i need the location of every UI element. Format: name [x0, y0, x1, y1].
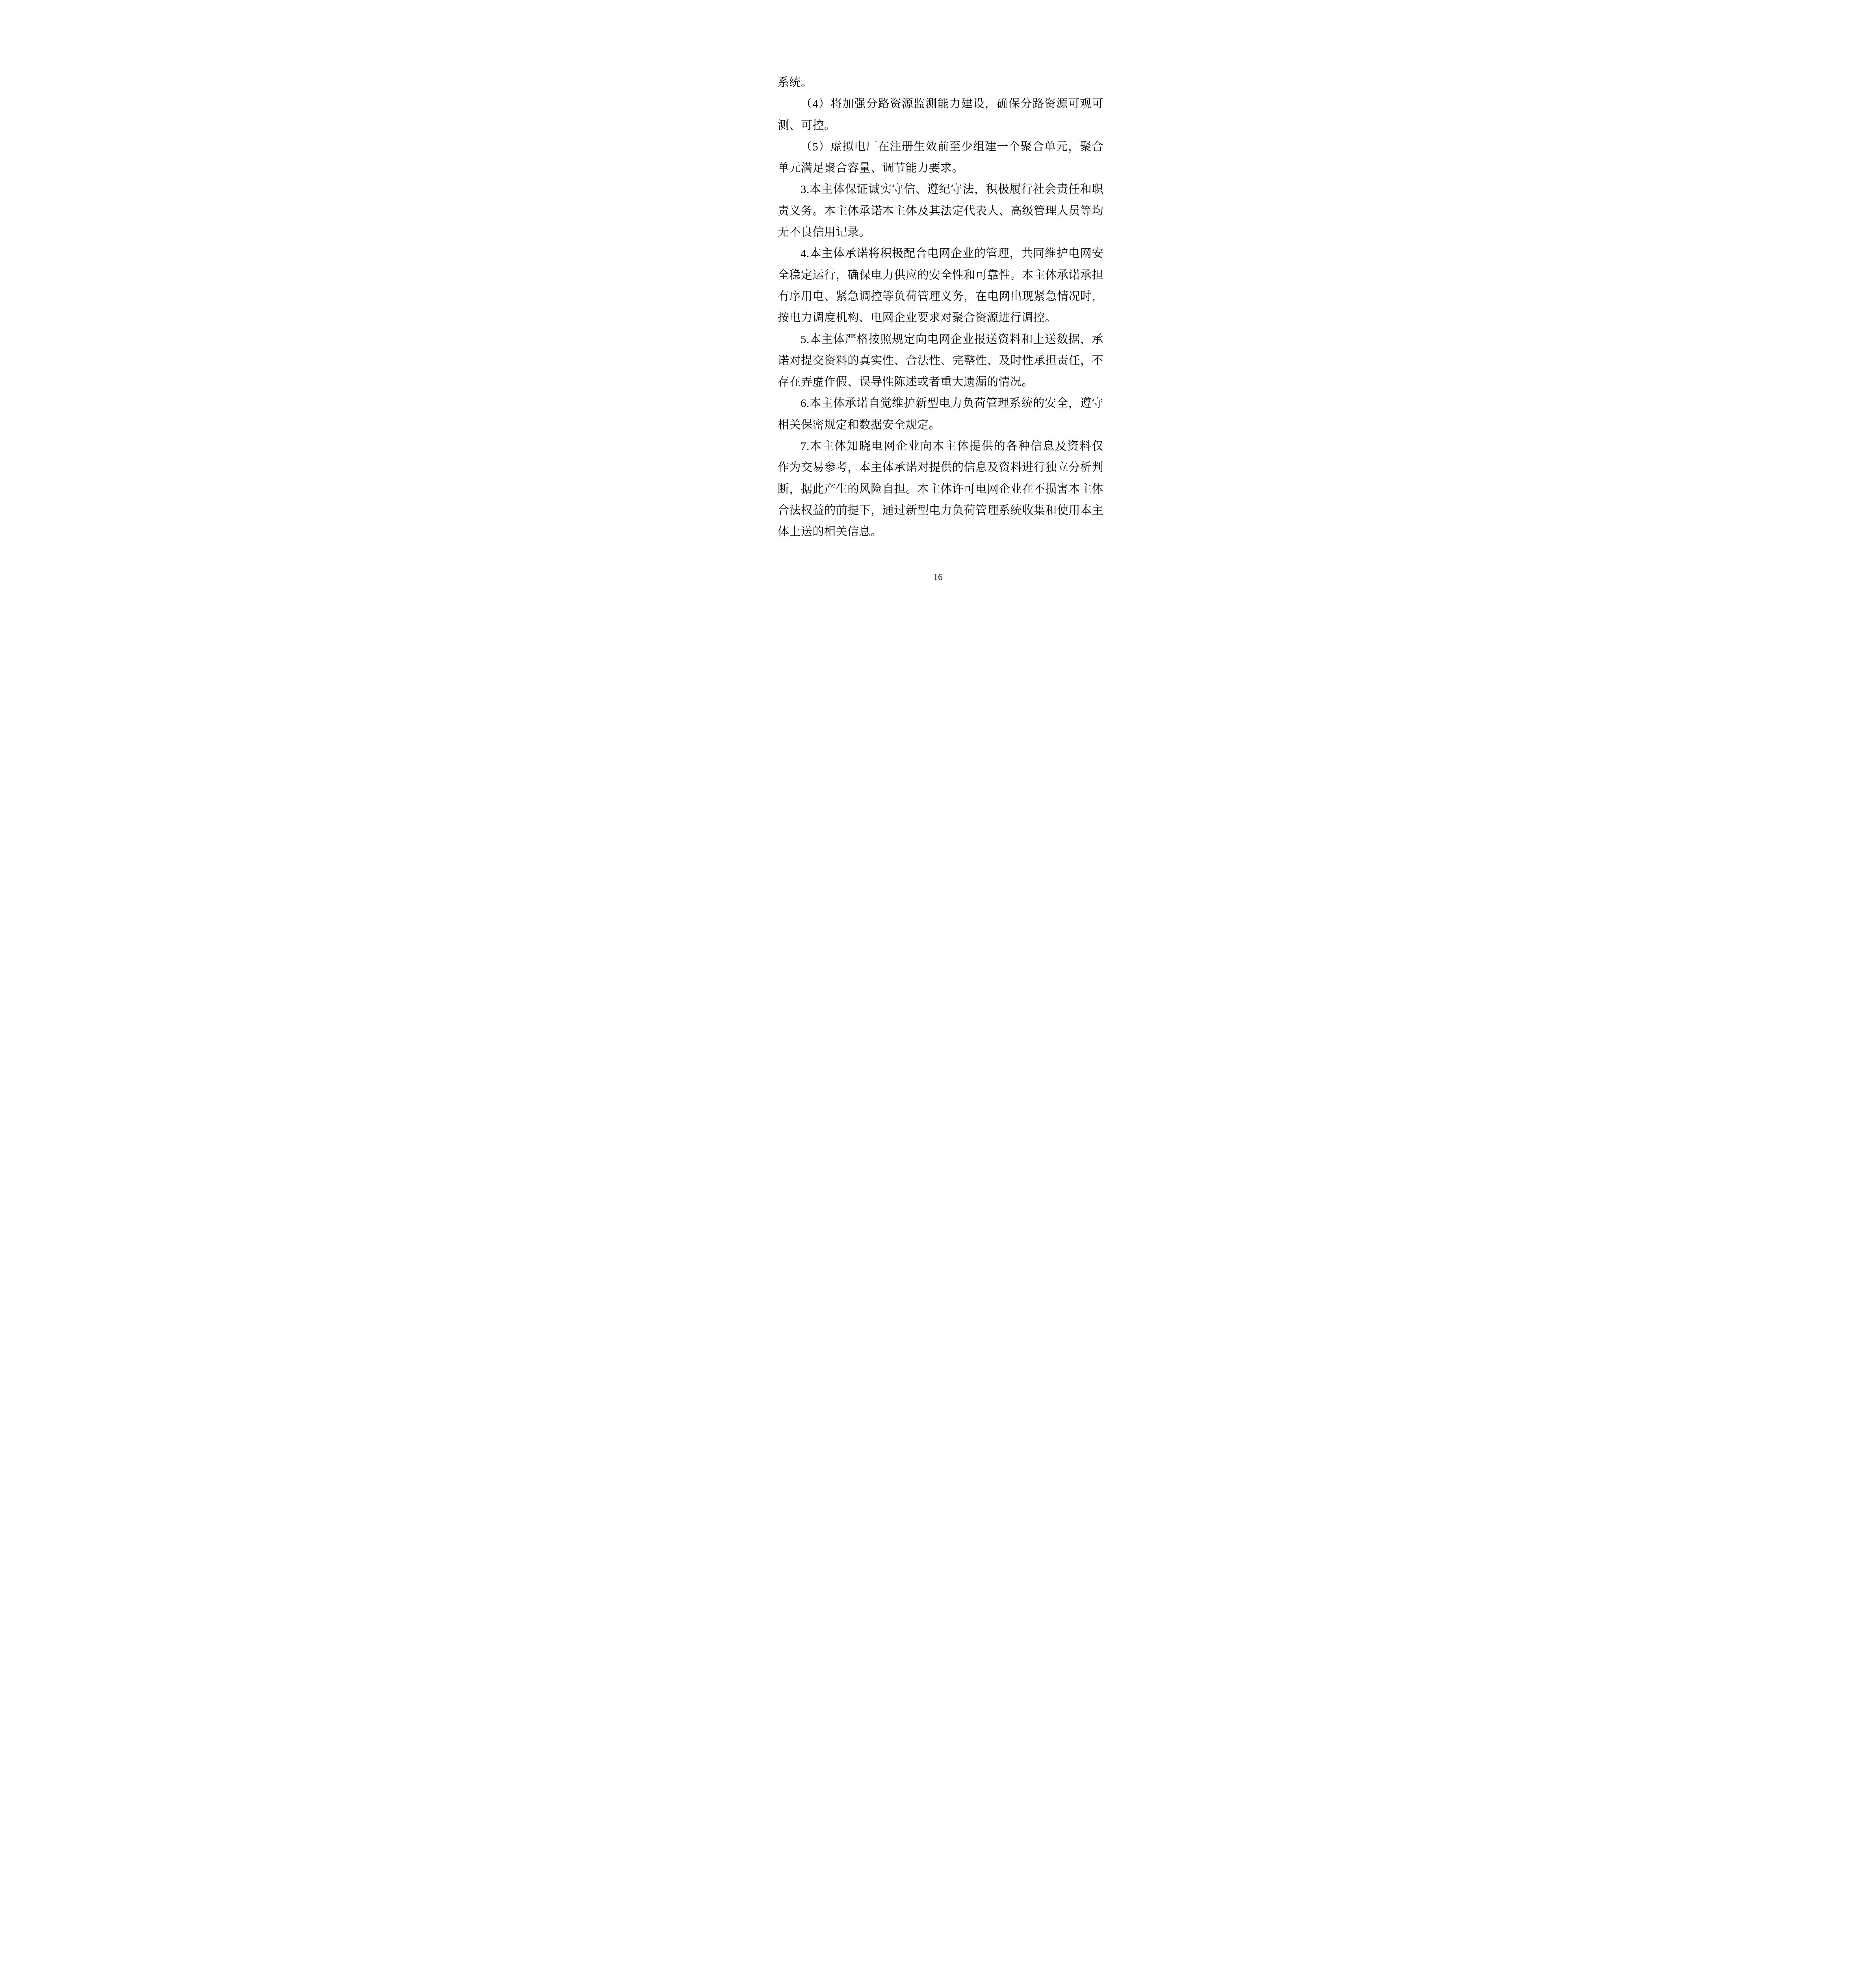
text-line: 无不良信用记录。 [778, 222, 1103, 243]
text-line: 断，据此产生的风险自担。本主体许可电网企业在不损害本主体 [778, 479, 1103, 500]
text-line: 单元满足聚合容量、调节能力要求。 [778, 158, 1103, 179]
text-line: 测、可控。 [778, 115, 1103, 136]
text-line: （4）将加强分路资源监测能力建设，确保分路资源可观可 [778, 93, 1103, 115]
text-line: 存在弄虚作假、误导性陈述或者重大遗漏的情况。 [778, 372, 1103, 393]
text-line: 3.本主体保证诚实守信、遵纪守法，积极履行社会责任和职 [778, 179, 1103, 200]
text-line: 体上送的相关信息。 [778, 521, 1103, 543]
text-line: 7.本主体知晓电网企业向本主体提供的各种信息及资料仅 [778, 436, 1103, 457]
text-line: 作为交易参考，本主体承诺对提供的信息及资料进行独立分析判 [778, 457, 1103, 478]
text-line: 相关保密规定和数据安全规定。 [778, 414, 1103, 436]
text-line: （5）虚拟电厂在注册生效前至少组建一个聚合单元，聚合 [778, 136, 1103, 158]
text-line: 诺对提交资料的真实性、合法性、完整性、及时性承担责任，不 [778, 350, 1103, 372]
document-body: 系统。（4）将加强分路资源监测能力建设，确保分路资源可观可测、可控。（5）虚拟电… [778, 72, 1103, 543]
text-line: 全稳定运行，确保电力供应的安全性和可靠性。本主体承诺承担 [778, 265, 1103, 286]
text-line: 系统。 [778, 72, 1103, 93]
text-line: 合法权益的前提下，通过新型电力负荷管理系统收集和使用本主 [778, 500, 1103, 521]
text-line: 4.本主体承诺将积极配合电网企业的管理，共同维护电网安 [778, 243, 1103, 264]
document-page: 系统。（4）将加强分路资源监测能力建设，确保分路资源可观可测、可控。（5）虚拟电… [721, 0, 1155, 613]
text-line: 责义务。本主体承诺本主体及其法定代表人、高级管理人员等均 [778, 201, 1103, 222]
text-line: 按电力调度机构、电网企业要求对聚合资源进行调控。 [778, 307, 1103, 329]
text-line: 6.本主体承诺自觉维护新型电力负荷管理系统的安全，遵守 [778, 393, 1103, 414]
text-line: 5.本主体严格按照规定向电网企业报送资料和上送数据，承 [778, 329, 1103, 350]
text-line: 有序用电、紧急调控等负荷管理义务，在电网出现紧急情况时， [778, 286, 1103, 307]
page-number: 16 [721, 571, 1155, 583]
